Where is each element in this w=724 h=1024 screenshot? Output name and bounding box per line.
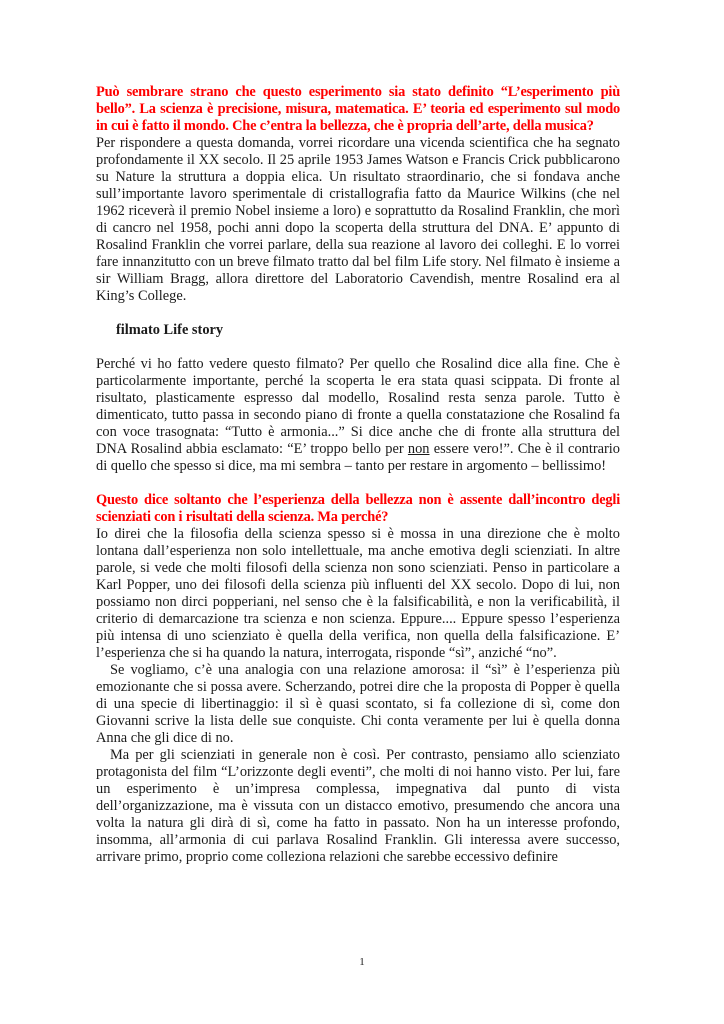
page-number: 1 [0, 956, 724, 968]
document-page: Può sembrare strano che questo esperimen… [0, 0, 724, 1024]
section-heading: Questo dice soltanto che l’esperienza de… [96, 492, 620, 526]
blank-line [96, 305, 620, 322]
document-body: Può sembrare strano che questo esperimen… [96, 84, 620, 866]
subheading: filmato Life story [96, 322, 620, 339]
paragraph: Per rispondere a questa domanda, vorrei … [96, 135, 620, 305]
text-run: Può sembrare strano che questo esperimen… [96, 84, 620, 134]
paragraph: Perché vi ho fatto vedere questo filmato… [96, 356, 620, 475]
paragraph: Ma per gli scienziati in generale non è … [96, 747, 620, 866]
blank-line [96, 339, 620, 356]
blank-line [96, 475, 620, 492]
paragraph: Se vogliamo, c’è una analogia con una re… [96, 662, 620, 747]
text-run: Per rispondere a questa domanda, vorrei … [96, 135, 620, 304]
underlined-text: non [408, 441, 430, 457]
paragraph: Io direi che la filosofia della scienza … [96, 526, 620, 662]
text-run: Se vogliamo, c’è una analogia con una re… [96, 662, 620, 746]
text-run: Ma per gli scienziati in generale non è … [96, 747, 620, 865]
text-run: Questo dice soltanto che l’esperienza de… [96, 492, 620, 525]
text-run: filmato Life story [116, 322, 223, 338]
section-heading: Può sembrare strano che questo esperimen… [96, 84, 620, 135]
text-run: Io direi che la filosofia della scienza … [96, 526, 620, 661]
